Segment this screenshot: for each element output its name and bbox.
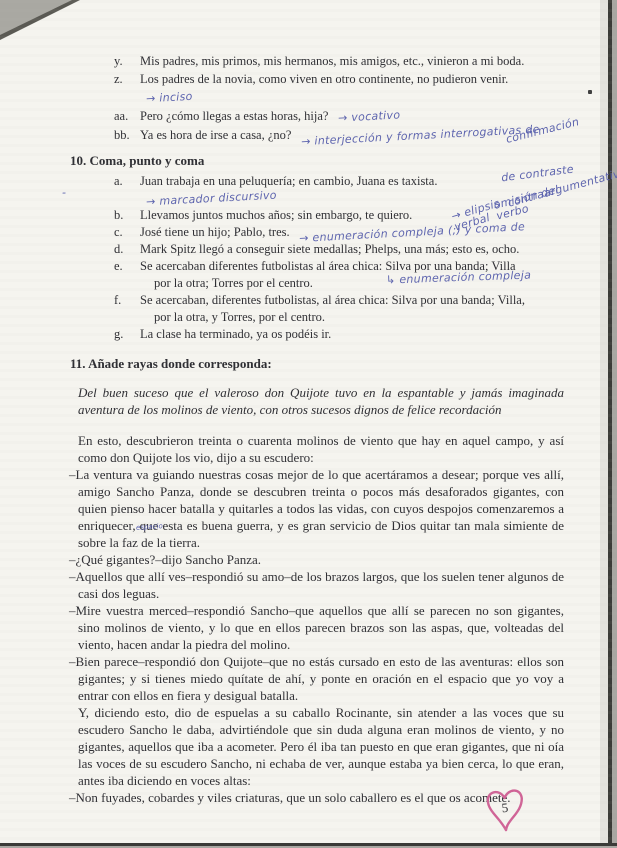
item-sentence: Juan trabaja en una peluquería; en cambi… <box>140 174 437 188</box>
item-sentence-line1: Se acercaban, diferentes futbolistas, al… <box>140 293 525 307</box>
item-text: Se acercaban, diferentes futbolistas, al… <box>140 292 564 326</box>
exercise-item-y: y. Mis padres, mis primos, mis hermanos,… <box>114 52 564 70</box>
quijote-paragraph-5: –Mire vuestra merced–respondió Sancho–qu… <box>78 602 564 653</box>
quijote-paragraph-6: –Bien parece–respondió don Quijote–que n… <box>78 653 564 704</box>
item-sentence: Ya es hora de irse a casa, ¿no? <box>140 128 291 142</box>
item-letter: f. <box>114 292 140 326</box>
item-letter: z. <box>114 70 140 107</box>
section11-heading: 11. Añade rayas donde corresponda: <box>70 355 564 372</box>
item-letter: y. <box>114 52 140 70</box>
ink-speck <box>588 90 592 94</box>
scan-corner-fold <box>0 0 72 35</box>
handwritten-note-vocativo: → vocativo <box>337 106 400 127</box>
handwritten-note-interjeccion: → interjección y formas interrogativas d… <box>300 121 539 151</box>
item-letter: e. <box>114 258 140 292</box>
handwritten-note-inciso: → inciso <box>146 88 194 108</box>
quijote-paragraph-7: Y, diciendo esto, dio de espuelas a su c… <box>78 704 564 789</box>
page-number: 5 <box>501 800 509 816</box>
quijote-paragraph-4: –Aquellos que allí ves–respondió su amo–… <box>78 568 564 602</box>
item-letter: c. <box>114 224 140 241</box>
heart-doodle: 5 <box>483 784 530 838</box>
item-sentence: Pero ¿cómo llegas a estas horas, hija? <box>140 109 328 123</box>
quijote-paragraph-1: En esto, descubrieron treinta o cuarenta… <box>78 432 564 466</box>
item-text: Los padres de la novia, como viven en ot… <box>140 70 564 107</box>
scanned-worksheet-page: y. Mis padres, mis primos, mis hermanos,… <box>0 0 617 848</box>
exercise-item-f: f. Se acercaban, diferentes futbolistas,… <box>114 292 564 326</box>
item-sentence: Los padres de la novia, como viven en ot… <box>140 72 508 86</box>
item-letter: d. <box>114 241 140 258</box>
section10-heading: 10. Coma, punto y coma <box>70 152 564 169</box>
item-letter: bb. <box>114 126 140 145</box>
item-letter: b. <box>114 207 140 224</box>
exercise-item-z: z. Los padres de la novia, como viven en… <box>114 70 564 107</box>
item-letter: a. <box>114 173 140 207</box>
quijote-epigraph: Del buen suceso que el valeroso don Quij… <box>78 384 564 418</box>
exercise-item-c: c. José tiene un hijo; Pablo, tres. → en… <box>114 224 564 241</box>
page-bottom-edge <box>0 843 617 848</box>
item-text: Mis padres, mis primos, mis hermanos, mi… <box>140 52 564 70</box>
item-sentence: José tiene un hijo; Pablo, tres. <box>140 225 290 239</box>
item-sentence-line2: por la otra, y Torres, por el centro. <box>154 309 564 326</box>
exercise-item-bb: bb. Ya es hora de irse a casa, ¿no? → in… <box>114 126 564 145</box>
item-text: José tiene un hijo; Pablo, tres. → enume… <box>140 224 564 241</box>
comma-exercise-list: y. Mis padres, mis primos, mis hermanos,… <box>114 52 564 145</box>
page-right-edge <box>600 0 617 848</box>
item-letter: aa. <box>114 107 140 126</box>
quijote-paragraph-3: –¿Qué gigantes?–dijo Sancho Panza. <box>78 551 564 568</box>
handwritten-margin-dash: - <box>62 186 66 199</box>
item-text: La clase ha terminado, ya os podéis ir. <box>140 326 564 343</box>
quijote-paragraph-2: –La ventura va guiando nuestras cosas me… <box>78 466 564 551</box>
page-content: y. Mis padres, mis primos, mis hermanos,… <box>66 52 564 806</box>
exercise-item-g: g. La clase ha terminado, ya os podéis i… <box>114 326 564 343</box>
item-text: Ya es hora de irse a casa, ¿no? → interj… <box>140 126 564 145</box>
item-letter: g. <box>114 326 140 343</box>
